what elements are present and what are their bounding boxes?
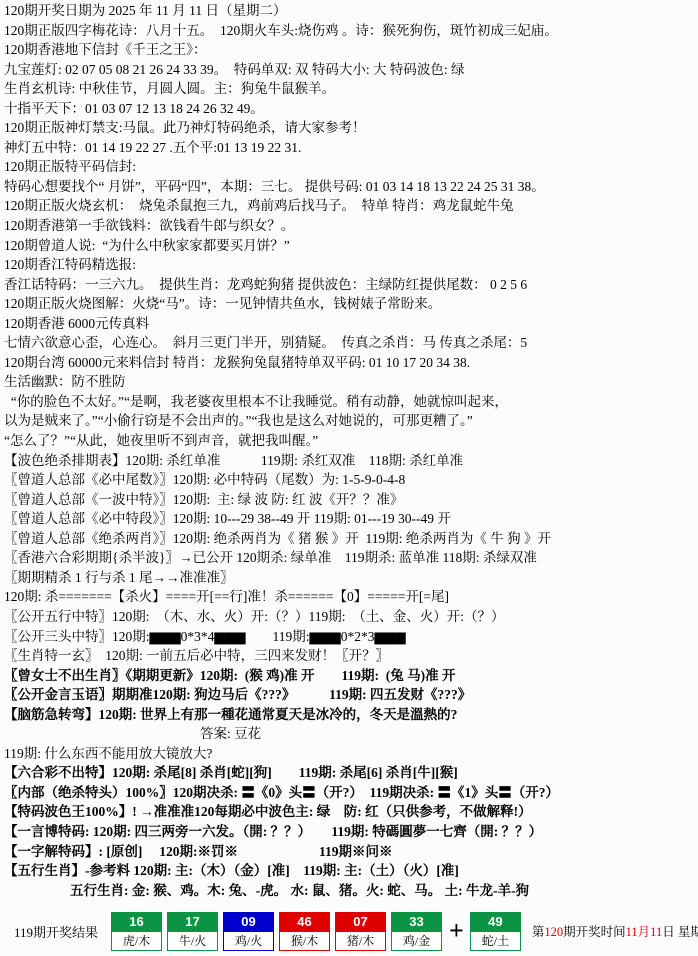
text-line: 120期开奖日期为 2025 年 11 月 11 日（星期二）: [0, 1, 698, 21]
next-draw-text-segment: 11月11: [626, 925, 663, 939]
text-line: 〖公开金言玉语〗期期准120期: 狗边马后《???》 119期: 四五发财《??…: [0, 685, 698, 705]
text-line: 〖公开三头中特〗120期:▆▆▆0*3*4▆▆▆ 119期:▆▆▆0*2*3▆▆…: [0, 627, 698, 647]
ball-number: 09: [224, 913, 273, 931]
lottery-tips-text: 120期开奖日期为 2025 年 11 月 11 日（星期二）120期正版四字梅…: [0, 1, 698, 900]
ball-number: 49: [471, 913, 520, 931]
text-line: 120期香港 6000元传真料: [0, 314, 698, 334]
text-line: 【脑筋急转弯】120期: 世界上有那一種花通常夏天是冰冷的，冬天是溫熱的?: [0, 705, 698, 725]
result-ball: 09鸡/火: [223, 912, 274, 951]
text-line: 九宝莲灯: 02 07 05 08 21 26 24 33 39。 特码单双: …: [0, 60, 698, 80]
text-line: “你的脸色不太好。”“是啊，我老婆夜里根本不让我睡觉。稍有动静，她就惊叫起来，: [0, 392, 698, 412]
text-line: 120期正版火烧玄机： 烧兔杀鼠抱三九，鸡前鸡后找马子。 特单 特肖：鸡龙鼠蛇牛…: [0, 196, 698, 216]
text-line: 120期台湾 60000元来料信封 特肖：龙猴狗兔鼠猪特单双平码: 01 10 …: [0, 353, 698, 373]
text-line: 〖曾道人总部《必中尾数》〗120期: 必中特码（尾数）为: 1-5-9-0-4-…: [0, 470, 698, 490]
ball-zodiac-element: 牛/火: [168, 931, 217, 950]
ball-zodiac-element: 鸡/金: [392, 931, 441, 950]
result-ball: 07猪/木: [335, 912, 386, 951]
next-draw-info: 第120期开奖时间11月11日 星期二21:30: [532, 922, 698, 940]
results-balls: 16虎/木17牛/火09鸡/火46猴/木07猪/木33鸡/金+49蛇/土: [111, 912, 526, 951]
text-line: 七情六欲意心歪，心连心。 斜月三更门半开，别猜疑。 传真之杀肖：马 传真之杀尾：…: [0, 333, 698, 353]
draw-results-bar: 119期开奖结果 16虎/木17牛/火09鸡/火46猴/木07猪/木33鸡/金+…: [0, 906, 698, 956]
special-result-ball: 49蛇/土: [470, 912, 521, 951]
text-line: 答案: 豆花: [0, 724, 698, 744]
text-line: 〖香港六合彩期期{杀半波}〗→已公开 120期杀: 绿单准 119期杀: 蓝单准…: [0, 548, 698, 568]
text-line: 〖公开五行中特〗120期: （木、水、火）开:（？）119期: （土、金、火）开…: [0, 607, 698, 627]
text-line: 【特码波色王100%】! →准准准120每期必中波色主: 绿 防: 红（只供参考…: [0, 802, 698, 822]
ball-number: 16: [112, 913, 161, 931]
result-ball: 16虎/木: [111, 912, 162, 951]
text-line: 120期正版四字梅花诗：八月十五。 120期火车头:烧伤鸡 。诗：猴死狗伤，斑竹…: [0, 21, 698, 41]
next-draw-text-segment: 期开奖时间: [563, 925, 626, 939]
text-line: 生活幽默：防不胜防: [0, 372, 698, 392]
text-line: 〖内部（绝杀特头）100%〗120期决杀: 〓《0》头〓（开?） 119期决杀:…: [0, 783, 698, 803]
text-line: 〖曾道人总部《绝杀两肖》〗120期: 绝杀两肖为《 猪 猴 》开 119期: 绝…: [0, 529, 698, 549]
text-line: 〖曾道人总部《一波中特》〗120期: 主: 绿 波 防: 红 波《开？？准》: [0, 490, 698, 510]
text-line: 120期正版特平码信封:: [0, 157, 698, 177]
text-line: 120期香港第一手欲钱料：欲钱看牛郎与织女？。: [0, 216, 698, 236]
text-line: 〖曾道人总部《必中特段》〗120期: 10---29 38--49 开 119期…: [0, 509, 698, 529]
text-line: 【一字解特码】: [原创] 120期:※罚※ 119期※问※: [0, 842, 698, 862]
text-line: 120期正版神灯禁支:马鼠。此乃神灯特码绝杀，请大家参考！: [0, 118, 698, 138]
text-line: 120期香江特码精选报:: [0, 255, 698, 275]
next-draw-text-segment: 第: [532, 925, 545, 939]
text-line: 生肖玄机诗: 中秋佳节，月圆人圆。主：狗兔牛鼠猴羊。: [0, 79, 698, 99]
ball-zodiac-element: 猴/木: [280, 931, 329, 950]
text-line: 〖期期精杀 1 行与杀 1 尾→→准准准〗: [0, 568, 698, 588]
text-line: 120期曾道人说: “为什么中秋家家都要买月饼？”: [0, 236, 698, 256]
text-line: 120期正版火烧图解：火烧“马”。诗：一见钟情共鱼水，钱树婊子常盼来。: [0, 294, 698, 314]
ball-zodiac-element: 蛇/土: [471, 931, 520, 950]
ball-zodiac-element: 虎/木: [112, 931, 161, 950]
plus-sign: +: [449, 913, 464, 949]
next-draw-text-segment: 120: [544, 925, 563, 939]
ball-zodiac-element: 鸡/火: [224, 931, 273, 950]
result-ball: 33鸡/金: [391, 912, 442, 951]
ball-number: 33: [392, 913, 441, 931]
text-line: 〖曾女士不出生肖〗《期期更新》120期: (猴 鸡)准 开 119期: (兔 马…: [0, 666, 698, 686]
ball-number: 17: [168, 913, 217, 931]
text-line: 特码心想要找个“ 月饼”，平码“四”，本期：三七。 提供号码: 01 03 14…: [0, 177, 698, 197]
text-line: 【一言博特码: 120期: 四三两旁一六发。（開: ？？） 119期: 特碼圓夢…: [0, 822, 698, 842]
text-line: 以为是贼来了。”“小偷行窃是不会出声的。”“我也是这么对她说的，可那更糟了。”: [0, 411, 698, 431]
result-ball: 17牛/火: [167, 912, 218, 951]
text-line: 119期: 什么东西不能用放大镜放大?: [0, 744, 698, 764]
ball-number: 46: [280, 913, 329, 931]
text-line: 【波色绝杀排期表】120期: 杀红单准 119期: 杀红双准 118期: 杀红单…: [0, 451, 698, 471]
result-ball: 46猴/木: [279, 912, 330, 951]
ball-zodiac-element: 猪/木: [336, 931, 385, 950]
text-line: 香江话特码：一三六九。 提供生肖：龙鸡蛇狗猪 提供波色：主绿防红提供尾数： 0 …: [0, 275, 698, 295]
text-line: 神灯五中特：01 14 19 22 27 .五个平:01 13 19 22 31…: [0, 138, 698, 158]
text-line: 120期香港地下信封《千王之王》：: [0, 40, 698, 60]
text-line: “怎么了？”“从此，她夜里听不到声音，就把我叫醒。”: [0, 431, 698, 451]
ball-number: 07: [336, 913, 385, 931]
text-line: 十指平天下：01 03 07 12 13 18 24 26 32 49。: [0, 99, 698, 119]
text-line: 〖生肖特一玄〗 120期: 一前五后必中特，三四来发财！〖开？〗: [0, 646, 698, 666]
text-line: 【六合彩不出特】120期: 杀尾[8] 杀肖[蛇][狗] 119期: 杀尾[6]…: [0, 763, 698, 783]
text-line: 【五行生肖】-参考料 120期: 主:（木）（金）[准] 119期: 主:（土）…: [0, 861, 698, 881]
text-line: 120期: 杀=======【杀火】====开[==行]准！杀======【0】…: [0, 587, 698, 607]
results-label: 119期开奖结果: [0, 922, 98, 941]
next-draw-text-segment: 日 星期: [662, 925, 698, 939]
text-line: 五行生肖: 金: 猴、鸡。木: 兔、-虎。 水: 鼠、猪。火: 蛇、马。 土: …: [0, 881, 698, 901]
